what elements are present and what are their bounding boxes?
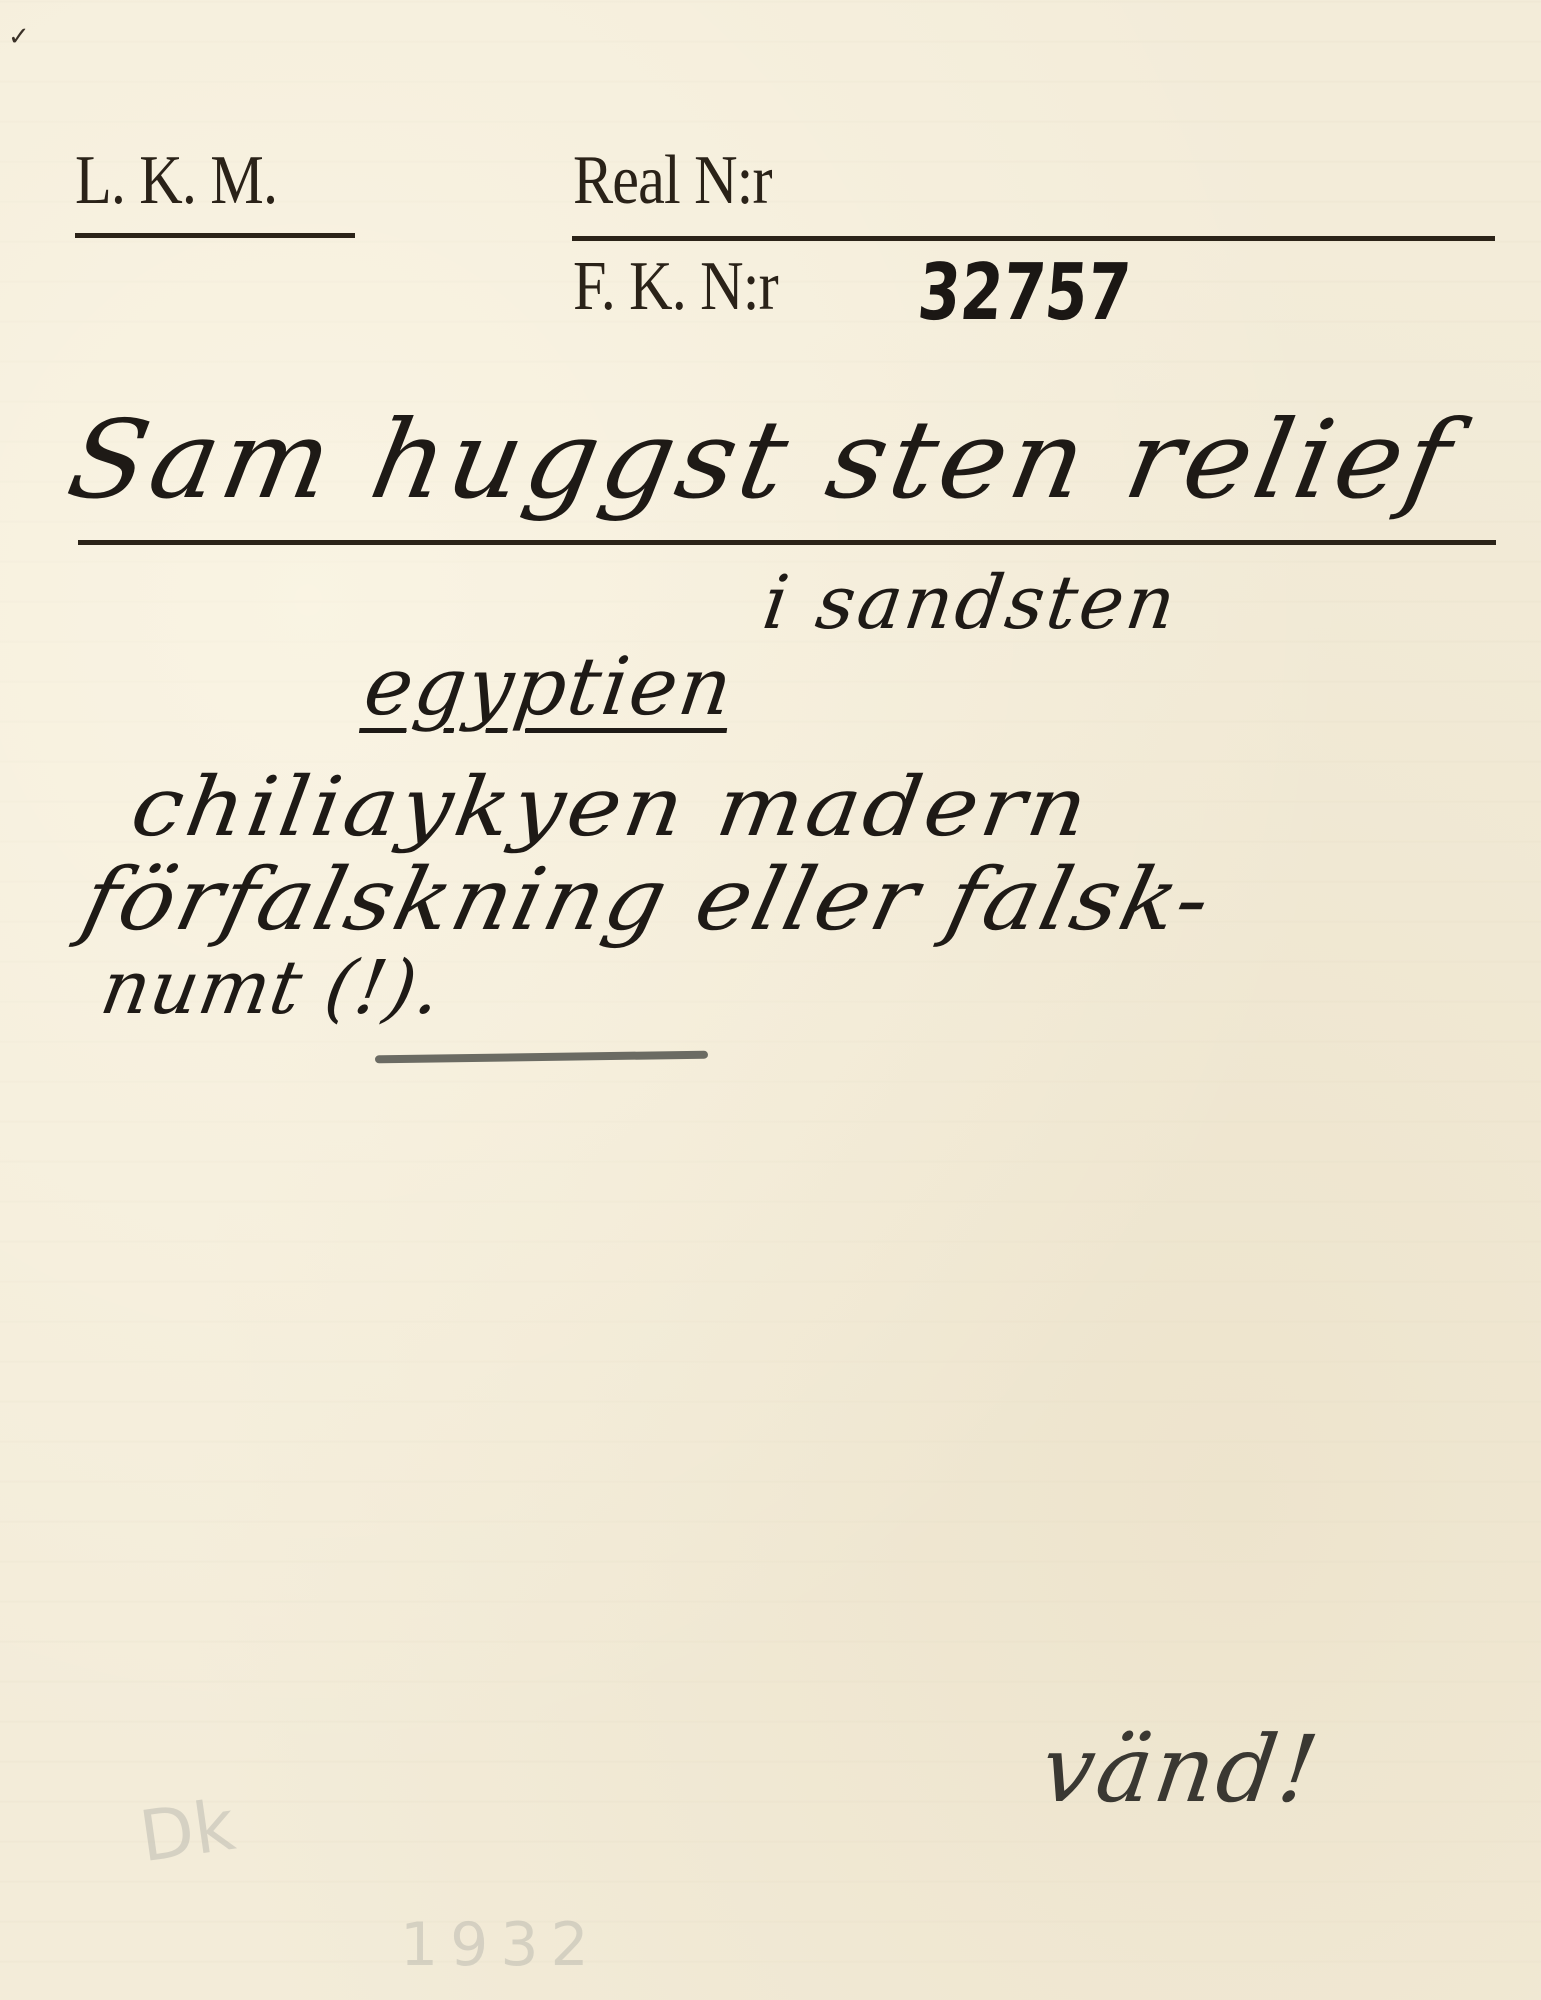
- origin-line: egyptien: [359, 640, 740, 733]
- faint-mark-bottom: 1932: [400, 1910, 601, 1980]
- check-mark: ✓: [8, 22, 30, 52]
- museum-underline: [75, 233, 355, 238]
- title-handwriting: Sam huggst sten relief: [59, 398, 1464, 523]
- note-line-2: förfalskning eller falsk-: [73, 850, 1221, 950]
- note-line-3: numt (!).: [95, 945, 449, 1031]
- note-line-1: chiliaykyen madern: [125, 760, 1096, 855]
- title-rule: [78, 540, 1496, 545]
- material-text: i sandsten: [758, 560, 1184, 646]
- real-nr-rule: [572, 236, 1495, 241]
- real-nr-label: Real N:r: [573, 146, 772, 216]
- material-line: i sandsten: [758, 560, 1184, 646]
- museum-label: L. K. M.: [75, 146, 277, 216]
- fk-nr-value: 32757: [915, 248, 1134, 338]
- end-dash: [375, 1051, 708, 1064]
- fk-nr-label: F. K. N:r: [573, 252, 778, 322]
- turn-over-note: vänd!: [1035, 1716, 1327, 1823]
- faint-mark-left: Dk: [135, 1784, 240, 1878]
